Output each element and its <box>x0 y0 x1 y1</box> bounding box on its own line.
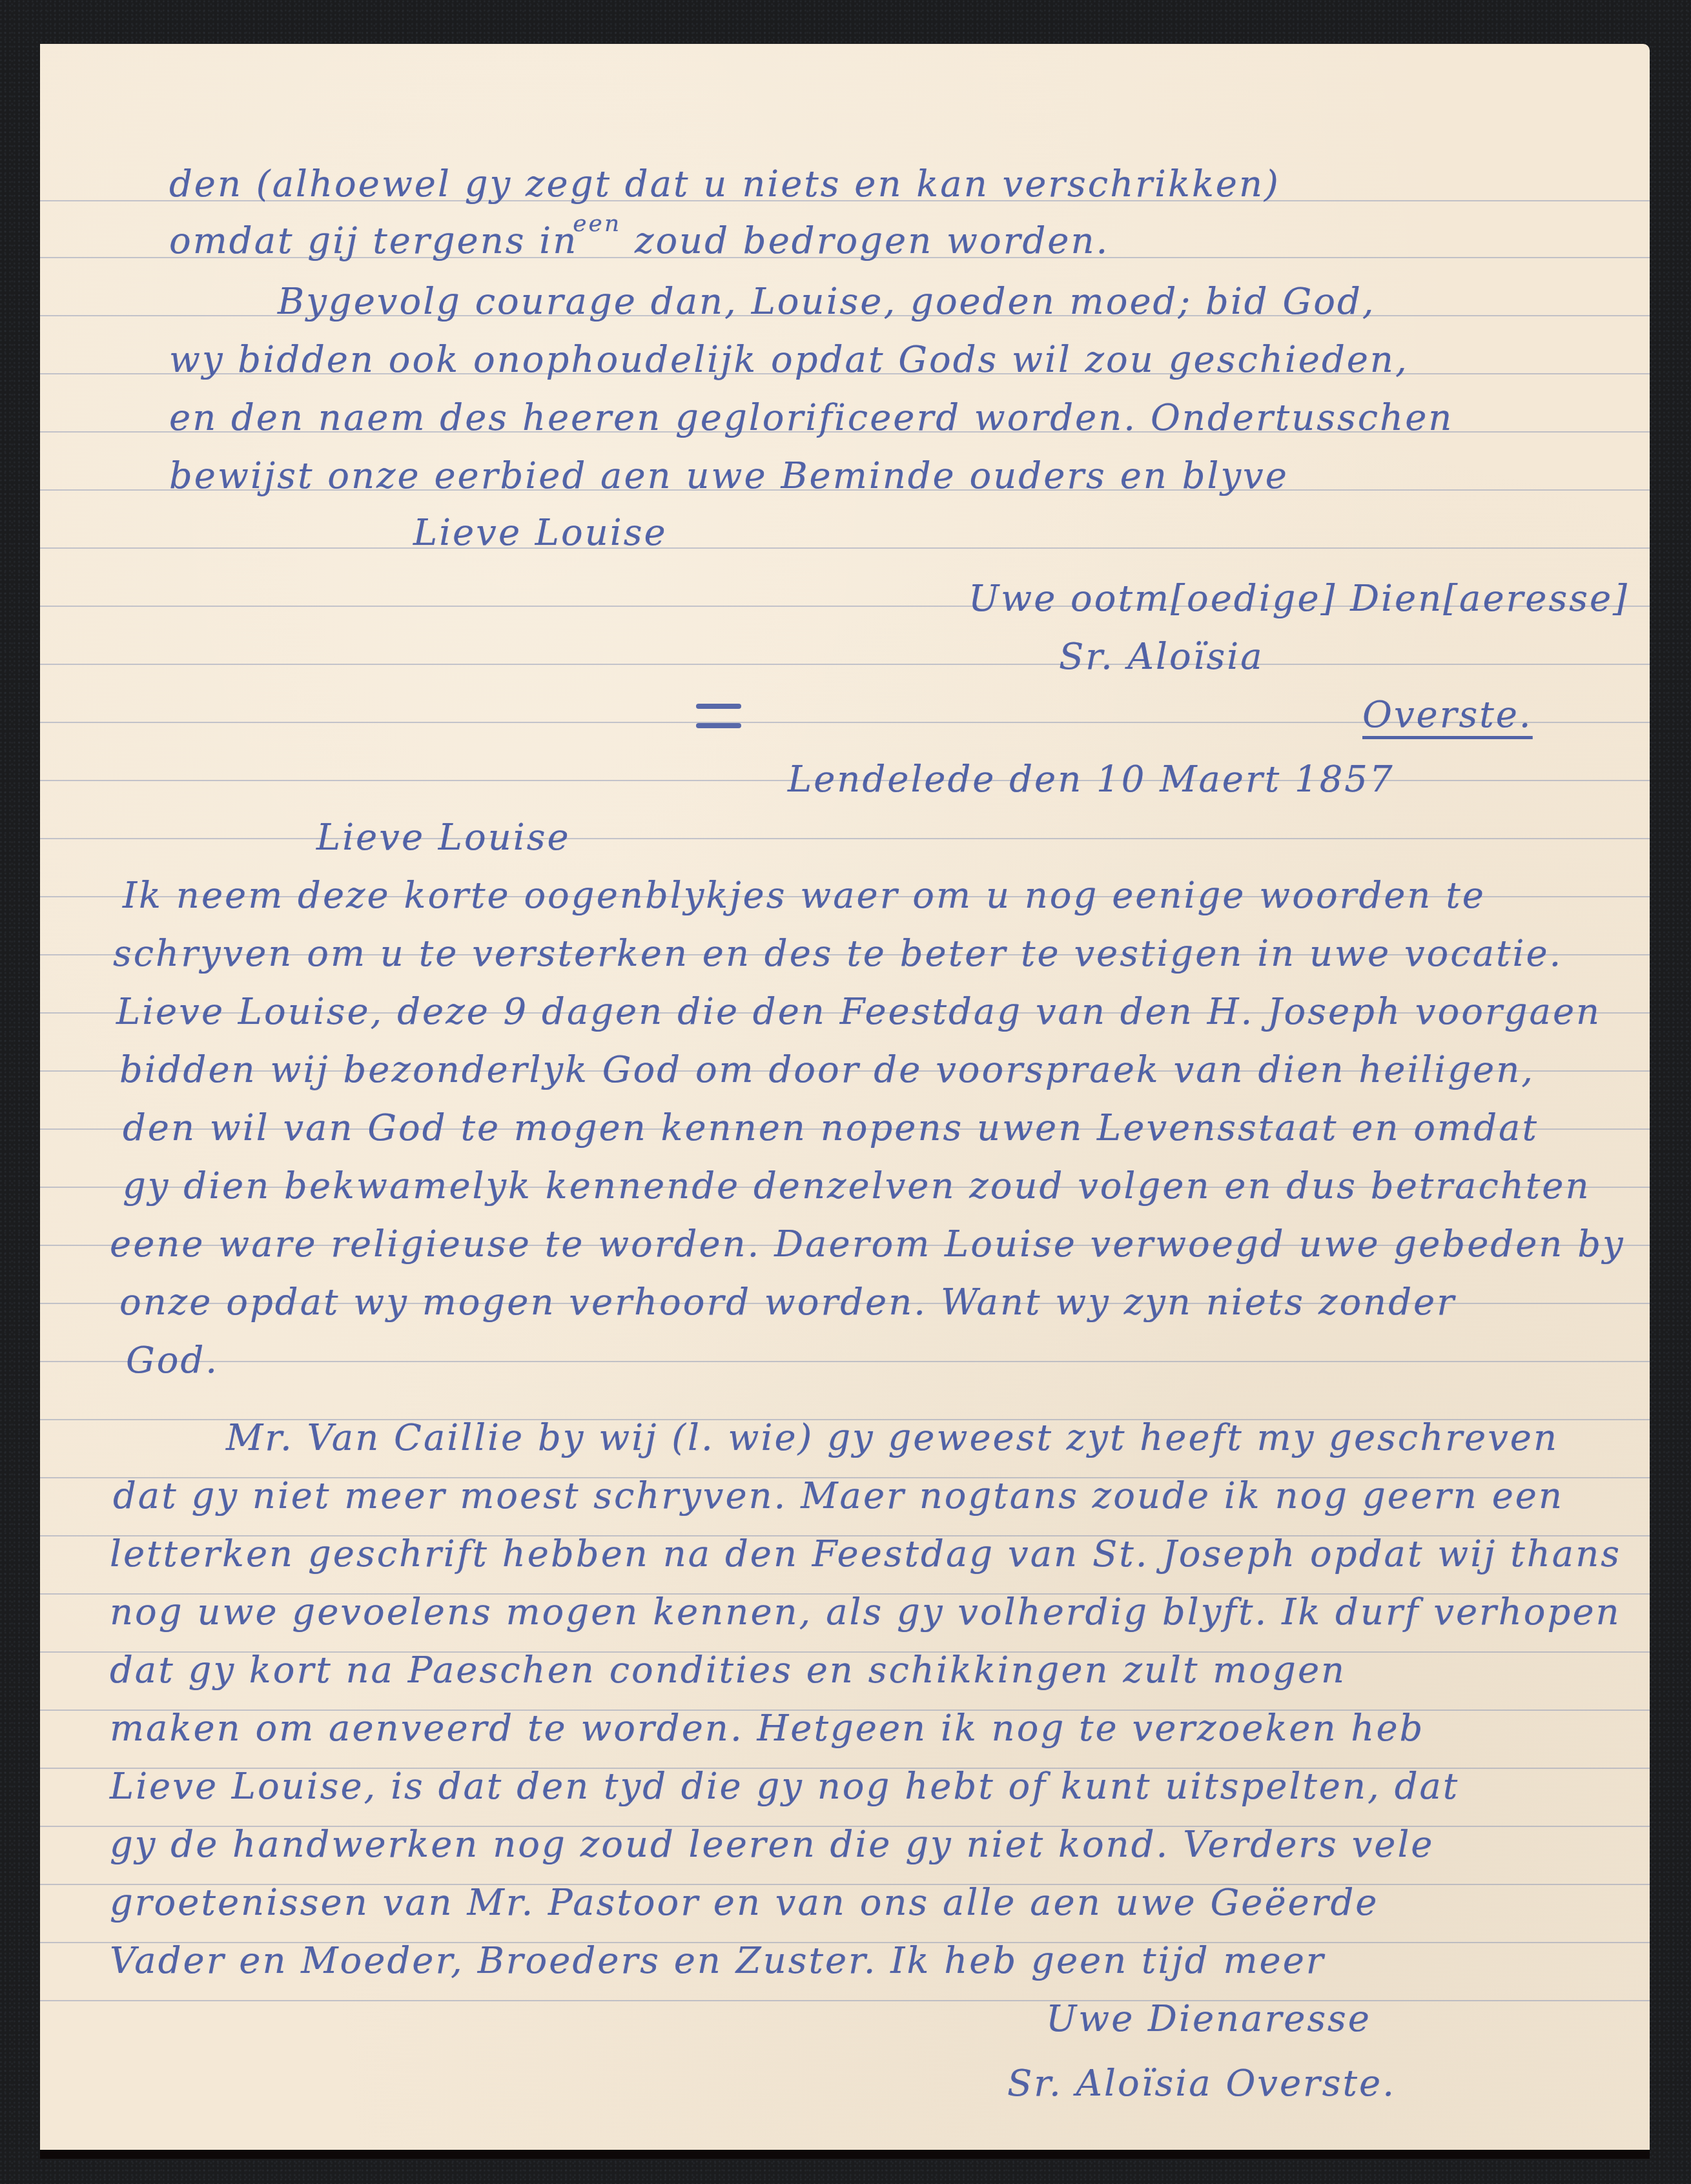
letter-line-text: omdat gij tergens in <box>169 220 578 262</box>
letter-line: Ik neem deze korte oogenblykjes waer om … <box>123 878 1486 914</box>
letter-line: Bygevolg courage dan, Louise, goeden moe… <box>278 284 1376 320</box>
letter-line: en den naem des heeren geglorificeerd wo… <box>169 400 1453 436</box>
closing-line: Uwe ootm[oedige] Dien[aeresse] <box>968 581 1629 617</box>
letter-line: nog uwe gevoelens mogen kennen, als gy v… <box>110 1595 1621 1631</box>
letter-line: wy bidden ook onophoudelijk opdat Gods w… <box>169 342 1409 378</box>
letter-line: dat gy kort na Paeschen condities en sch… <box>110 1653 1346 1689</box>
letter-line: den wil van God te mogen kennen nopens u… <box>123 1110 1539 1147</box>
letter-line: Lieve Louise, is dat den tyd die gy nog … <box>110 1769 1459 1805</box>
closing-line: Uwe Dienaresse <box>1046 2001 1371 2037</box>
letter-line: dat gy niet meer moest schryven. Maer no… <box>113 1478 1564 1515</box>
letter-line: omdat gij tergens ineen zoud bedrogen wo… <box>169 223 1109 260</box>
letter-line: God. <box>126 1343 219 1379</box>
letter-line: Mr. Van Caillie by wij (l. wie) gy gewee… <box>226 1420 1559 1456</box>
letter-line-text: zoud <box>635 220 730 262</box>
separator-mark <box>696 704 741 742</box>
letter-line: groetenissen van Mr. Pastoor en van ons … <box>110 1885 1378 1921</box>
salutation-closing: Lieve Louise <box>413 515 668 551</box>
salutation: Lieve Louise <box>316 820 571 856</box>
letter-line: bidden wij bezonderlyk God om door de vo… <box>119 1052 1535 1088</box>
letter-line-text: bedrogen worden. <box>743 220 1109 262</box>
signature: Sr. Aloïsia <box>1059 639 1264 675</box>
letter-line: letterken geschrift hebben na den Feestd… <box>110 1536 1621 1573</box>
letter-line: onze opdat wy mogen verhoord worden. Wan… <box>119 1285 1456 1321</box>
signature-title: Overste. <box>1362 697 1533 733</box>
letter-line: den (alhoewel gy zegt dat u niets en kan… <box>169 167 1280 203</box>
letter-line: Vader en Moeder, Broeders en Zuster. Ik … <box>110 1943 1326 1979</box>
letter-line: Lieve Louise, deze 9 dagen die den Feest… <box>116 994 1601 1030</box>
signature: Sr. Aloïsia Overste. <box>1007 2066 1396 2102</box>
letter-line: gy dien bekwamelyk kennende denzelven zo… <box>123 1169 1591 1205</box>
place-date: Lendelede den 10 Maert 1857 <box>788 762 1395 798</box>
letter-line: gy de handwerken nog zoud leeren die gy … <box>110 1827 1434 1863</box>
letter-line: maken om aenveerd te worden. Hetgeen ik … <box>110 1711 1424 1747</box>
letter-line: bewijst onze eerbied aen uwe Beminde oud… <box>169 458 1289 495</box>
letter-line: schryven om u te versterken en des te be… <box>113 936 1563 972</box>
inserted-word: een <box>573 210 621 237</box>
letter-line: eene ware religieuse te worden. Daerom L… <box>110 1227 1625 1263</box>
